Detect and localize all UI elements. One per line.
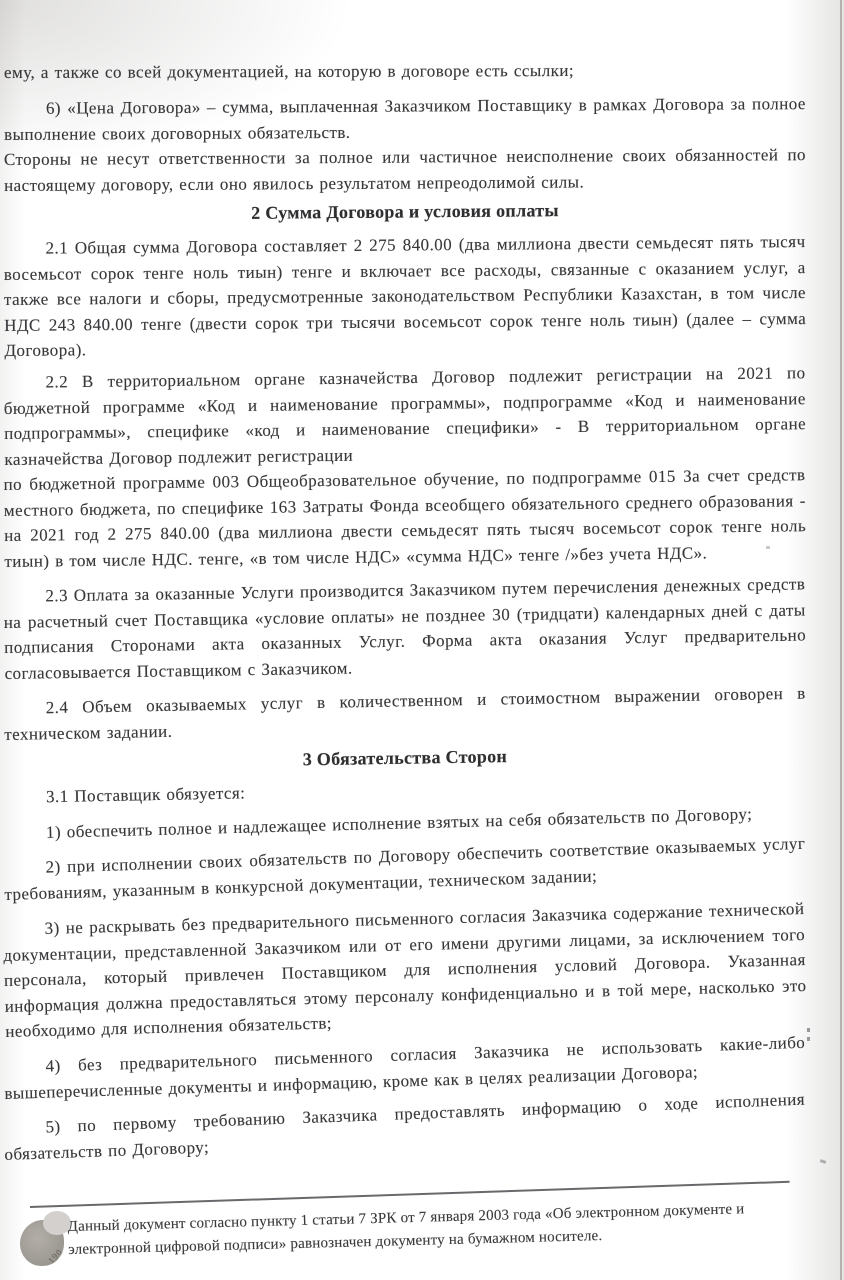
- force-majeure-clause: Стороны не несут ответственности за полн…: [4, 142, 806, 198]
- photo-artifact-mark: [807, 1028, 810, 1032]
- clause-2-4: 2.4 Объем оказываемых услуг в количестве…: [4, 681, 807, 747]
- section-2-heading: 2 Сумма Договора и условия оплаты: [4, 198, 806, 226]
- paper-edge-line: [840, 0, 842, 1280]
- clause-2-2: 2.2 В территориальном органе казначейств…: [3, 360, 806, 472]
- document-photo-page: ему, а также со всей документацией, на к…: [0, 0, 844, 1280]
- section-3-heading: 3 Обязательства Сторон: [4, 741, 806, 775]
- clause-2-3: 2.3 Оплата за оказанные Услуги производи…: [3, 571, 807, 686]
- photo-artifact-mark: [766, 546, 770, 549]
- digital-signature-stamp-icon: 190: [20, 1220, 64, 1266]
- footer-legal-text: Данный документ согласно пункту 1 статьи…: [67, 1197, 790, 1262]
- footer-note: 190 Данный документ согласно пункту 1 ст…: [0, 1180, 844, 1280]
- stamp-number: 190: [46, 1247, 64, 1266]
- photo-artifact-mark: [807, 1037, 810, 1041]
- clause-2-2-continuation: по бюджетной программе 003 Общеобразоват…: [3, 462, 806, 574]
- obligation-item-3: 3) не раскрывать без предварительного пи…: [2, 896, 807, 1044]
- clause-2-1: 2.1 Общая сумма Договора составляет 2 27…: [3, 229, 806, 363]
- clause-tail-line: ему, а также со всей документацией, на к…: [4, 57, 806, 85]
- contract-text-block: ему, а также со всей документацией, на к…: [0, 0, 844, 1167]
- definition-6-contract-price: 6) «Цена Договора» – сумма, выплаченная …: [4, 91, 806, 147]
